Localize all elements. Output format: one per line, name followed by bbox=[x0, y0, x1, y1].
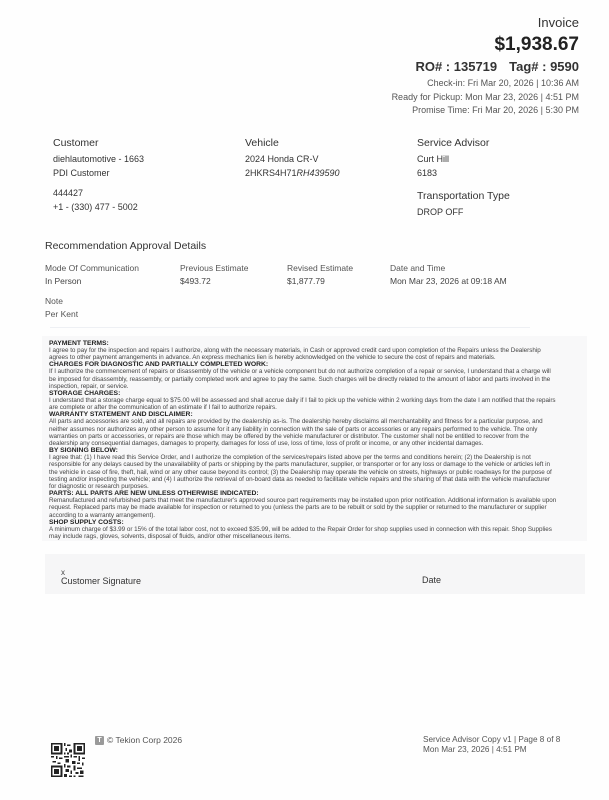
mode-value: In Person bbox=[45, 275, 139, 288]
customer-title: Customer bbox=[53, 137, 144, 150]
vin-prefix: 2HKRS4H71 bbox=[245, 168, 297, 178]
note-value: Per Kent bbox=[45, 308, 78, 321]
terms-body: I agree to pay for the inspection and re… bbox=[49, 347, 557, 361]
check-in-time: Check-in: Fri Mar 20, 2026 | 10:36 AM bbox=[392, 77, 579, 91]
qr-code-icon bbox=[51, 743, 85, 777]
revised-estimate: Revised Estimate $1,877.79 bbox=[287, 262, 353, 288]
invoice-page: Invoice $1,938.67 RO# : 135719Tag# : 959… bbox=[0, 0, 609, 800]
signature-box[interactable] bbox=[45, 554, 585, 594]
vin-suffix: RH439590 bbox=[297, 168, 340, 178]
copy-page-info: Service Advisor Copy v1 | Page 8 of 8 bbox=[423, 735, 560, 745]
customer-phone: +1 - (330) 477 - 5002 bbox=[53, 200, 144, 214]
terms-body: All parts and accessories are sold, and … bbox=[49, 418, 557, 447]
signature-date-label: Date bbox=[422, 575, 441, 585]
footer-info: Service Advisor Copy v1 | Page 8 of 8 Mo… bbox=[423, 735, 560, 755]
revised-estimate-value: $1,877.79 bbox=[287, 275, 353, 288]
service-dates: Check-in: Fri Mar 20, 2026 | 10:36 AM Re… bbox=[392, 77, 579, 118]
divider bbox=[50, 327, 530, 328]
ro-tag-line: RO# : 135719Tag# : 9590 bbox=[415, 59, 579, 74]
recommendation-title: Recommendation Approval Details bbox=[45, 240, 206, 252]
mode-label: Mode Of Communication bbox=[45, 262, 139, 275]
terms-heading: WARRANTY STATEMENT AND DISCLAIMER: bbox=[49, 411, 557, 418]
customer-type: PDI Customer bbox=[53, 166, 144, 180]
revised-estimate-label: Revised Estimate bbox=[287, 262, 353, 275]
transportation-type-value: DROP OFF bbox=[417, 205, 510, 219]
transportation-type-title: Transportation Type bbox=[417, 190, 510, 203]
note-section: Note Per Kent bbox=[45, 295, 78, 321]
copyright: T © Tekion Corp 2026 bbox=[95, 735, 182, 745]
vehicle-model: 2024 Honda CR-V bbox=[245, 152, 340, 166]
service-advisor-name: Curt Hill bbox=[417, 152, 510, 166]
terms-heading: PAYMENT TERMS: bbox=[49, 340, 557, 347]
previous-estimate-label: Previous Estimate bbox=[180, 262, 249, 275]
terms-heading: PARTS: ALL PARTS ARE NEW UNLESS OTHERWIS… bbox=[49, 490, 557, 497]
mode-of-communication: Mode Of Communication In Person bbox=[45, 262, 139, 288]
terms-heading: CHARGES FOR DIAGNOSTIC AND PARTIALLY COM… bbox=[49, 361, 557, 368]
customer-id: 444427 bbox=[53, 186, 144, 200]
terms-heading: BY SIGNING BELOW: bbox=[49, 447, 557, 454]
service-advisor-title: Service Advisor bbox=[417, 137, 510, 150]
vehicle-title: Vehicle bbox=[245, 137, 340, 150]
tekion-logo-icon: T bbox=[95, 736, 104, 745]
terms-heading: STORAGE CHARGES: bbox=[49, 390, 557, 397]
date-time-value: Mon Mar 23, 2026 at 09:18 AM bbox=[390, 275, 507, 288]
tag-number: Tag# : 9590 bbox=[509, 59, 579, 74]
service-advisor-section: Service Advisor Curt Hill 6183 Transport… bbox=[417, 137, 510, 219]
vehicle-vin: 2HKRS4H71RH439590 bbox=[245, 166, 340, 180]
terms-heading: SHOP SUPPLY COSTS: bbox=[49, 519, 557, 526]
promise-time: Promise Time: Fri Mar 20, 2026 | 5:30 PM bbox=[392, 104, 579, 118]
terms-body: A minimum charge of $3.99 or 15% of the … bbox=[49, 526, 557, 540]
service-advisor-id: 6183 bbox=[417, 166, 510, 180]
customer-section: Customer diehlautomotive - 1663 PDI Cust… bbox=[53, 137, 144, 214]
ready-for-pickup-time: Ready for Pickup: Mon Mar 23, 2026 | 4:5… bbox=[392, 91, 579, 105]
invoice-amount: $1,938.67 bbox=[494, 33, 579, 57]
invoice-label: Invoice bbox=[494, 15, 579, 31]
previous-estimate-value: $493.72 bbox=[180, 275, 249, 288]
date-time-label: Date and Time bbox=[390, 262, 507, 275]
terms-body: I understand that a storage charge equal… bbox=[49, 397, 557, 411]
invoice-summary: Invoice $1,938.67 bbox=[494, 15, 579, 57]
note-label: Note bbox=[45, 295, 78, 308]
vehicle-section: Vehicle 2024 Honda CR-V 2HKRS4H71RH43959… bbox=[245, 137, 340, 180]
terms-body: If I authorize the commencement of repai… bbox=[49, 368, 557, 390]
approval-date-time: Date and Time Mon Mar 23, 2026 at 09:18 … bbox=[390, 262, 507, 288]
printed-date: Mon Mar 23, 2026 | 4:51 PM bbox=[423, 745, 560, 755]
previous-estimate: Previous Estimate $493.72 bbox=[180, 262, 249, 288]
customer-name: diehlautomotive - 1663 bbox=[53, 152, 144, 166]
copyright-text: © Tekion Corp 2026 bbox=[107, 735, 182, 745]
customer-signature-label: Customer Signature bbox=[61, 576, 141, 586]
terms-and-conditions: PAYMENT TERMS:I agree to pay for the ins… bbox=[49, 340, 557, 540]
terms-body: Remanufactured and refurbished parts tha… bbox=[49, 497, 557, 519]
ro-number: RO# : 135719 bbox=[415, 59, 497, 74]
terms-body: I agree that: (1) I have read this Servi… bbox=[49, 454, 557, 490]
